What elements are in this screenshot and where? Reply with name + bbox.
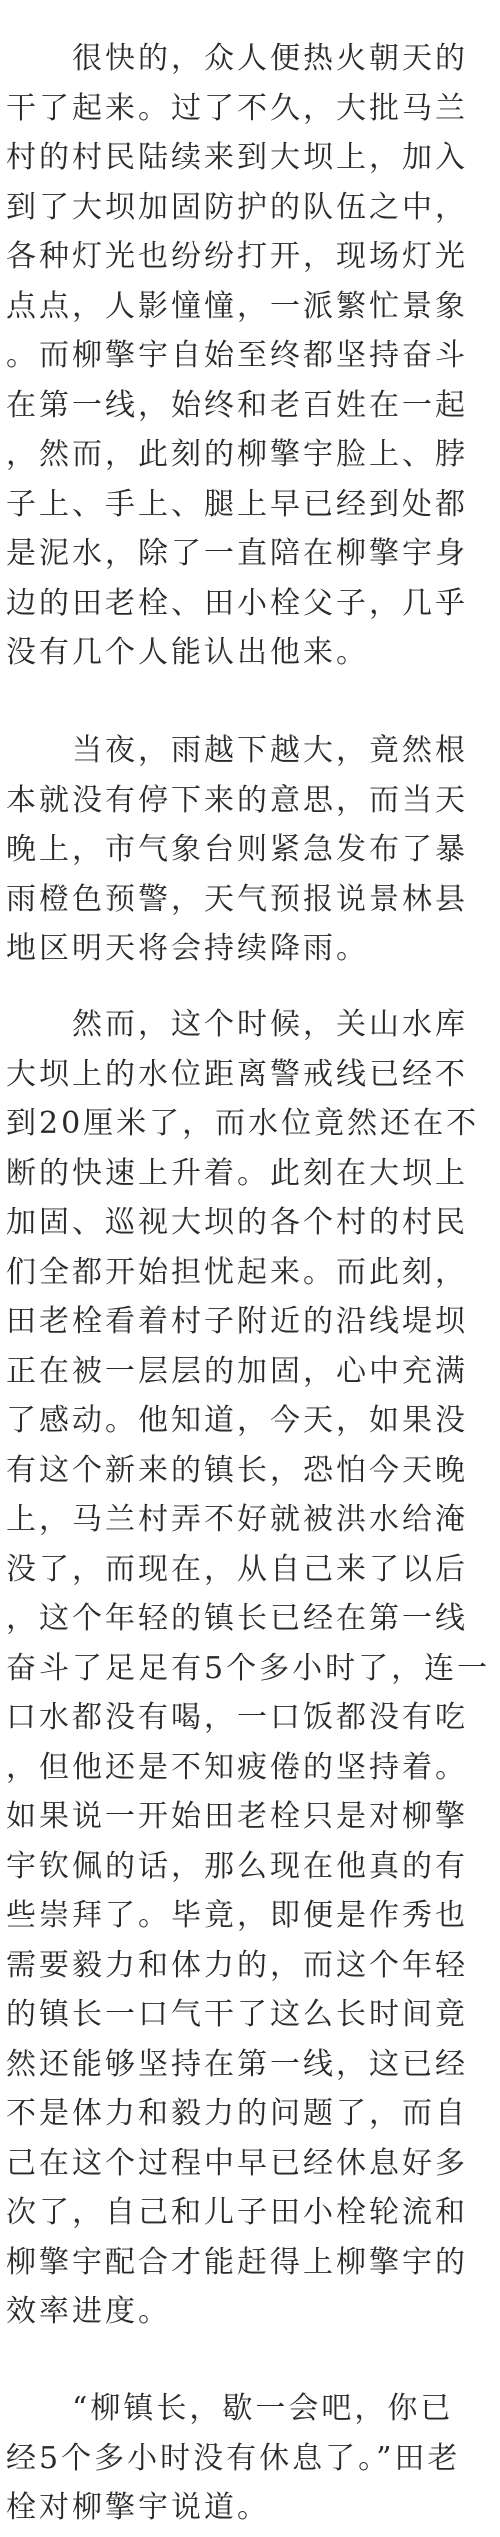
text-line: 些崇拜了。毕竟，即便是作秀也 (6, 1891, 468, 1941)
text-line: 们全都开始担忧起来。而此刻， (6, 1248, 468, 1298)
text-line: 如果说一开始田老栓只是对柳擎 (6, 1792, 468, 1842)
text-line: 不是体力和毅力的问题了，而自 (6, 2089, 468, 2139)
text-line: 有这个新来的镇长，恐怕今天晚 (6, 1446, 468, 1496)
text-line: 到了大坝加固防护的队伍之中， (6, 183, 468, 233)
text-line: 宇钦佩的话，那么现在他真的有 (6, 1842, 468, 1892)
text-line: 当夜，雨越下越大，竟然根 (6, 726, 468, 776)
text-line: 本就没有停下来的意思，而当天 (6, 776, 468, 826)
text-line: 。而柳擎宇自始至终都坚持奋斗 (6, 331, 468, 381)
text-line: 地区明天将会持续降雨。 (6, 924, 369, 974)
text-line: ，然而，此刻的柳擎宇脸上、脖 (6, 430, 468, 480)
text-line: 没有几个人能认出他来。 (6, 628, 369, 678)
text-line: 在第一线，始终和老百姓在一起 (6, 381, 468, 431)
text-line: 的镇长一口气干了这么长时间竟 (6, 1990, 468, 2040)
text-line: 很快的，众人便热火朝天的 (6, 34, 468, 84)
text-line: 奋斗了足足有5个多小时了，连一 (6, 1644, 490, 1694)
text-line: 己在这个过程中早已经休息好多 (6, 2139, 468, 2189)
text-line: 各种灯光也纷纷打开，现场灯光 (6, 232, 468, 282)
text-line: 然还能够坚持在第一线，这已经 (6, 2040, 468, 2090)
text-line: 晚上，市气象台则紧急发布了暴 (6, 825, 468, 875)
text-line: 栓对柳擎宇说道。 (6, 2483, 270, 2533)
text-line: 上，马兰村弄不好就被洪水给淹 (6, 1495, 468, 1545)
text-line: 点点，人影憧憧，一派繁忙景象 (6, 282, 468, 332)
text-line: 村的村民陆续来到大坝上，加入 (6, 133, 468, 183)
text-line: 正在被一层层的加固，心中充满 (6, 1347, 468, 1397)
text-line: 柳擎宇配合才能赶得上柳擎宇的 (6, 2238, 468, 2288)
text-line: “柳镇长，歇一会吧，你已 (6, 2384, 453, 2434)
text-line: 加固、巡视大坝的各个村的村民 (6, 1198, 468, 1248)
text-line: 然而，这个时候，关山水库 (6, 1000, 468, 1050)
text-line: ，这个年轻的镇长已经在第一线 (6, 1594, 468, 1644)
text-line: 需要毅力和体力的，而这个年轻 (6, 1941, 468, 1991)
text-line: 干了起来。过了不久，大批马兰 (6, 84, 468, 134)
text-line: 田老栓看着村子附近的沿线堤坝 (6, 1297, 468, 1347)
text-line: 效率进度。 (6, 2287, 171, 2337)
text-line: 次了，自己和儿子田小栓轮流和 (6, 2188, 468, 2238)
text-line: 没了，而现在，从自己来了以后 (6, 1545, 468, 1595)
text-line: 子上、手上、腿上早已经到处都 (6, 480, 468, 530)
text-line: 经5个多小时没有休息了。”田老 (6, 2434, 460, 2484)
text-line: 了感动。他知道，今天，如果没 (6, 1396, 468, 1446)
text-line: 断的快速上升着。此刻在大坝上 (6, 1149, 468, 1199)
text-line: 大坝上的水位距离警戒线已经不 (6, 1050, 468, 1100)
text-line: 口水都没有喝，一口饭都没有吃 (6, 1693, 468, 1743)
text-line: 到20厘米了，而水位竟然还在不 (6, 1099, 479, 1149)
text-line: 边的田老栓、田小栓父子，几乎 (6, 579, 468, 629)
text-line: ，但他还是不知疲倦的坚持着。 (6, 1743, 468, 1793)
text-line: 雨橙色预警，天气预报说景林县 (6, 875, 468, 925)
text-line: 是泥水，除了一直陪在柳擎宇身 (6, 529, 468, 579)
